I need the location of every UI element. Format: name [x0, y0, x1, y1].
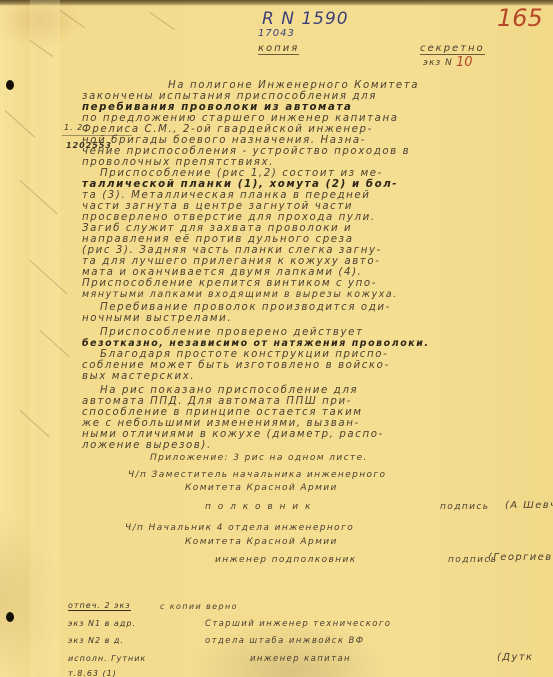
punch-hole-icon — [6, 80, 14, 90]
body-line: та (3). Металлическая планка в передней — [82, 190, 370, 201]
body-line: мата и оканчивается двумя лапками (4). — [82, 267, 363, 278]
classification-label: секретно — [420, 43, 485, 55]
body-line: Приспособление проверено действует — [100, 327, 364, 338]
body-line: та для лучшего прилегания к кожуху авто- — [82, 256, 380, 267]
official-department: отдела штаба инжвойск ВФ — [205, 636, 364, 646]
body-line: просверлено отверстие для прохода пули. — [82, 212, 376, 223]
body-line: (рис 3). Задняя часть планки слегка загн… — [82, 245, 382, 256]
footer-note: экз N1 в адр. — [68, 619, 136, 628]
body-line: способление в принципе остается таким — [82, 407, 363, 418]
body-line: части загнута в центре загнутой части — [82, 201, 353, 212]
body-line: таллической планки (1), хомута (2) и бол… — [82, 179, 398, 190]
signer-title: Ч/п Заместитель начальника инженерного — [128, 470, 386, 480]
body-line: безотказно, независимо от натяжения пров… — [82, 338, 430, 349]
body-line: ложение вырезов). — [82, 440, 212, 451]
signature-label: подпись — [440, 502, 489, 512]
official-title: Старший инженер технического — [205, 619, 391, 629]
body-line: На полигоне Инженерного Комитета — [168, 80, 419, 91]
body-line: собление может быть изготовлено в войско… — [82, 360, 390, 371]
copy-verified-label: с копии верно — [160, 602, 238, 611]
body-line: ночными выстрелами. — [82, 313, 232, 324]
signer-title: Ч/п Начальник 4 отдела инженерного — [125, 523, 354, 533]
signer-rank: инженер подполковник — [215, 555, 357, 565]
copy-number-label: экз N — [423, 58, 453, 68]
body-line: ными отличиями в кожухе (диаметр, распо- — [82, 429, 384, 440]
scan-top-edge — [0, 0, 553, 6]
footer-note: исполн. Гутник — [68, 654, 146, 663]
paper-scratch — [150, 12, 175, 30]
attachment-note: Приложение: 3 рис на одном листе. — [150, 453, 368, 463]
copy-number-value: 10 — [456, 55, 473, 70]
body-line: ной бригады боевого назначения. Назна- — [82, 135, 366, 146]
body-line: перебивания проволоки из автомата — [82, 102, 352, 113]
paper-scratch — [60, 10, 85, 28]
footer-note: т.8.63 (1) — [68, 669, 117, 677]
ref-sub-number: 17043 — [258, 28, 295, 39]
body-line: мянутыми лапками входящими в вырезы кожу… — [82, 289, 398, 300]
paper-fold — [30, 0, 60, 677]
signer-organization: Комитета Красной Армии — [185, 483, 338, 493]
official-rank: инженер капитан — [250, 654, 351, 664]
body-line: закончены испытания приспособления для — [82, 91, 377, 102]
footer-note: экз N2 в д. — [68, 636, 124, 645]
body-line: чение приспособления - устройство проход… — [82, 146, 410, 157]
footer-note: отпеч. 2 экз — [68, 601, 131, 611]
signer-organization: Комитета Красной Армии — [185, 537, 338, 547]
signer-rank: п о л к о в н и к — [205, 502, 312, 512]
folio-number: 165 — [497, 4, 543, 32]
signer-name: (Георгиев — [488, 552, 553, 563]
signer-name: (А Шевч — [505, 500, 553, 511]
punch-hole-icon — [6, 612, 14, 622]
body-line: же с небольшими изменениями, вызван- — [82, 418, 360, 429]
body-line: Фрелиса С.М., 2-ой гвардейской инженер- — [82, 124, 373, 135]
copy-label: копия — [258, 43, 299, 55]
body-line: Перебивание проволок производится оди- — [100, 302, 391, 313]
body-line: направления её против дульного среза — [82, 234, 354, 245]
body-line: На рис показано приспособление для — [100, 385, 358, 396]
body-line: Благодаря простоте конструкции приспо- — [100, 349, 388, 360]
body-line: Приспособление крепится винтиком с упо- — [82, 278, 377, 289]
body-line: Приспособление (рис 1,2) состоит из ме- — [100, 168, 383, 179]
ref-number: R N 1590 — [262, 9, 349, 29]
body-line: вых мастерских. — [82, 371, 195, 382]
official-name: (Дутк — [497, 652, 534, 663]
body-line: автомата ППД. Для автомата ППШ при- — [82, 396, 352, 407]
body-line: Загиб служит для захвата проволоки и — [82, 223, 352, 234]
body-line: по предложению старшего инженер капитана — [82, 113, 399, 124]
margin-note-top: 1. 2 — [64, 123, 83, 132]
scanned-document-page: R N 1590 17043 копия 165 секретно экз N … — [0, 0, 553, 677]
body-line: проволочных препятствиях. — [82, 157, 274, 168]
